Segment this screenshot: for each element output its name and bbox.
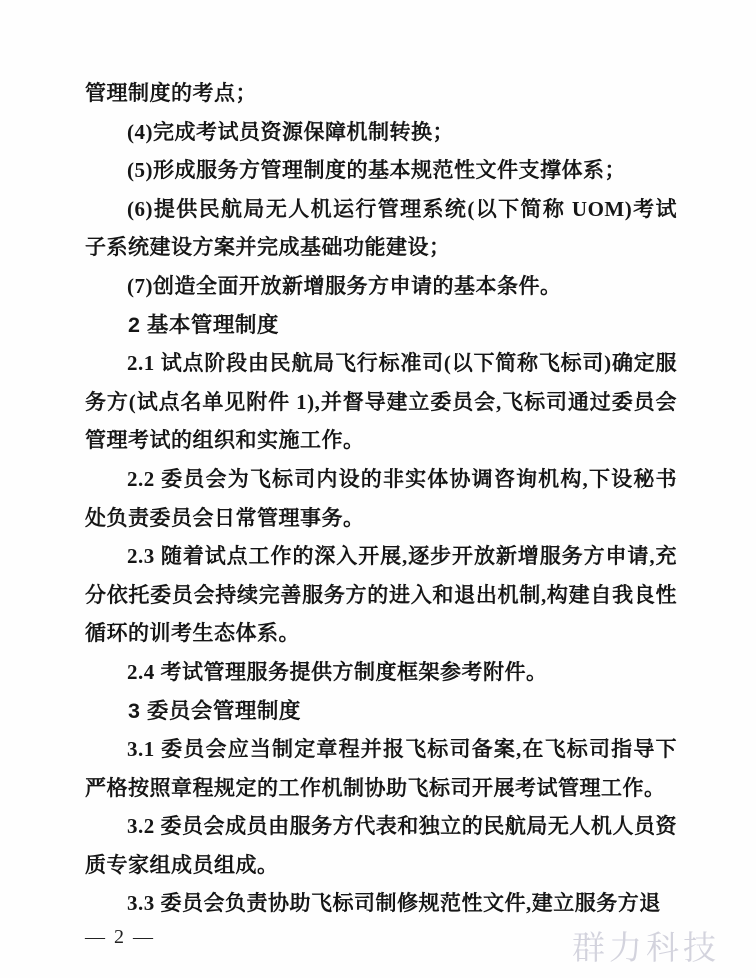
page-number: — 2 — bbox=[85, 926, 155, 949]
body-paragraph-2-2: 2.2 委员会为飞标司内设的非实体协调咨询机构,下设秘书处负责委员会日常管理事务… bbox=[85, 460, 677, 537]
body-paragraph-item-5: (5)形成服务方管理制度的基本规范性文件支撑体系； bbox=[85, 151, 677, 190]
page-body-text: 管理制度的考点； (4)完成考试员资源保障机制转换； (5)形成服务方管理制度的… bbox=[85, 74, 677, 923]
section-heading-2: 2 基本管理制度 bbox=[85, 306, 677, 345]
body-paragraph-continuation: 管理制度的考点； bbox=[85, 74, 677, 113]
body-paragraph-item-7: (7)创造全面开放新增服务方申请的基本条件。 bbox=[85, 267, 677, 306]
document-page: 管理制度的考点； (4)完成考试员资源保障机制转换； (5)形成服务方管理制度的… bbox=[0, 0, 756, 978]
body-paragraph-2-1: 2.1 试点阶段由民航局飞行标准司(以下简称飞标司)确定服务方(试点名单见附件 … bbox=[85, 344, 677, 460]
body-paragraph-3-3: 3.3 委员会负责协助飞标司制修规范性文件,建立服务方退 bbox=[85, 884, 677, 923]
body-paragraph-2-3: 2.3 随着试点工作的深入开展,逐步开放新增服务方申请,充分依托委员会持续完善服… bbox=[85, 537, 677, 653]
body-paragraph-item-4: (4)完成考试员资源保障机制转换； bbox=[85, 113, 677, 152]
section-heading-3: 3 委员会管理制度 bbox=[85, 692, 677, 731]
watermark-text: 群力科技 bbox=[572, 922, 720, 969]
body-paragraph-item-6: (6)提供民航局无人机运行管理系统(以下简称 UOM)考试子系统建设方案并完成基… bbox=[85, 190, 677, 267]
body-paragraph-2-4: 2.4 考试管理服务提供方制度框架参考附件。 bbox=[85, 653, 677, 692]
body-paragraph-3-2: 3.2 委员会成员由服务方代表和独立的民航局无人机人员资质专家组成员组成。 bbox=[85, 807, 677, 884]
body-paragraph-3-1: 3.1 委员会应当制定章程并报飞标司备案,在飞标司指导下严格按照章程规定的工作机… bbox=[85, 730, 677, 807]
